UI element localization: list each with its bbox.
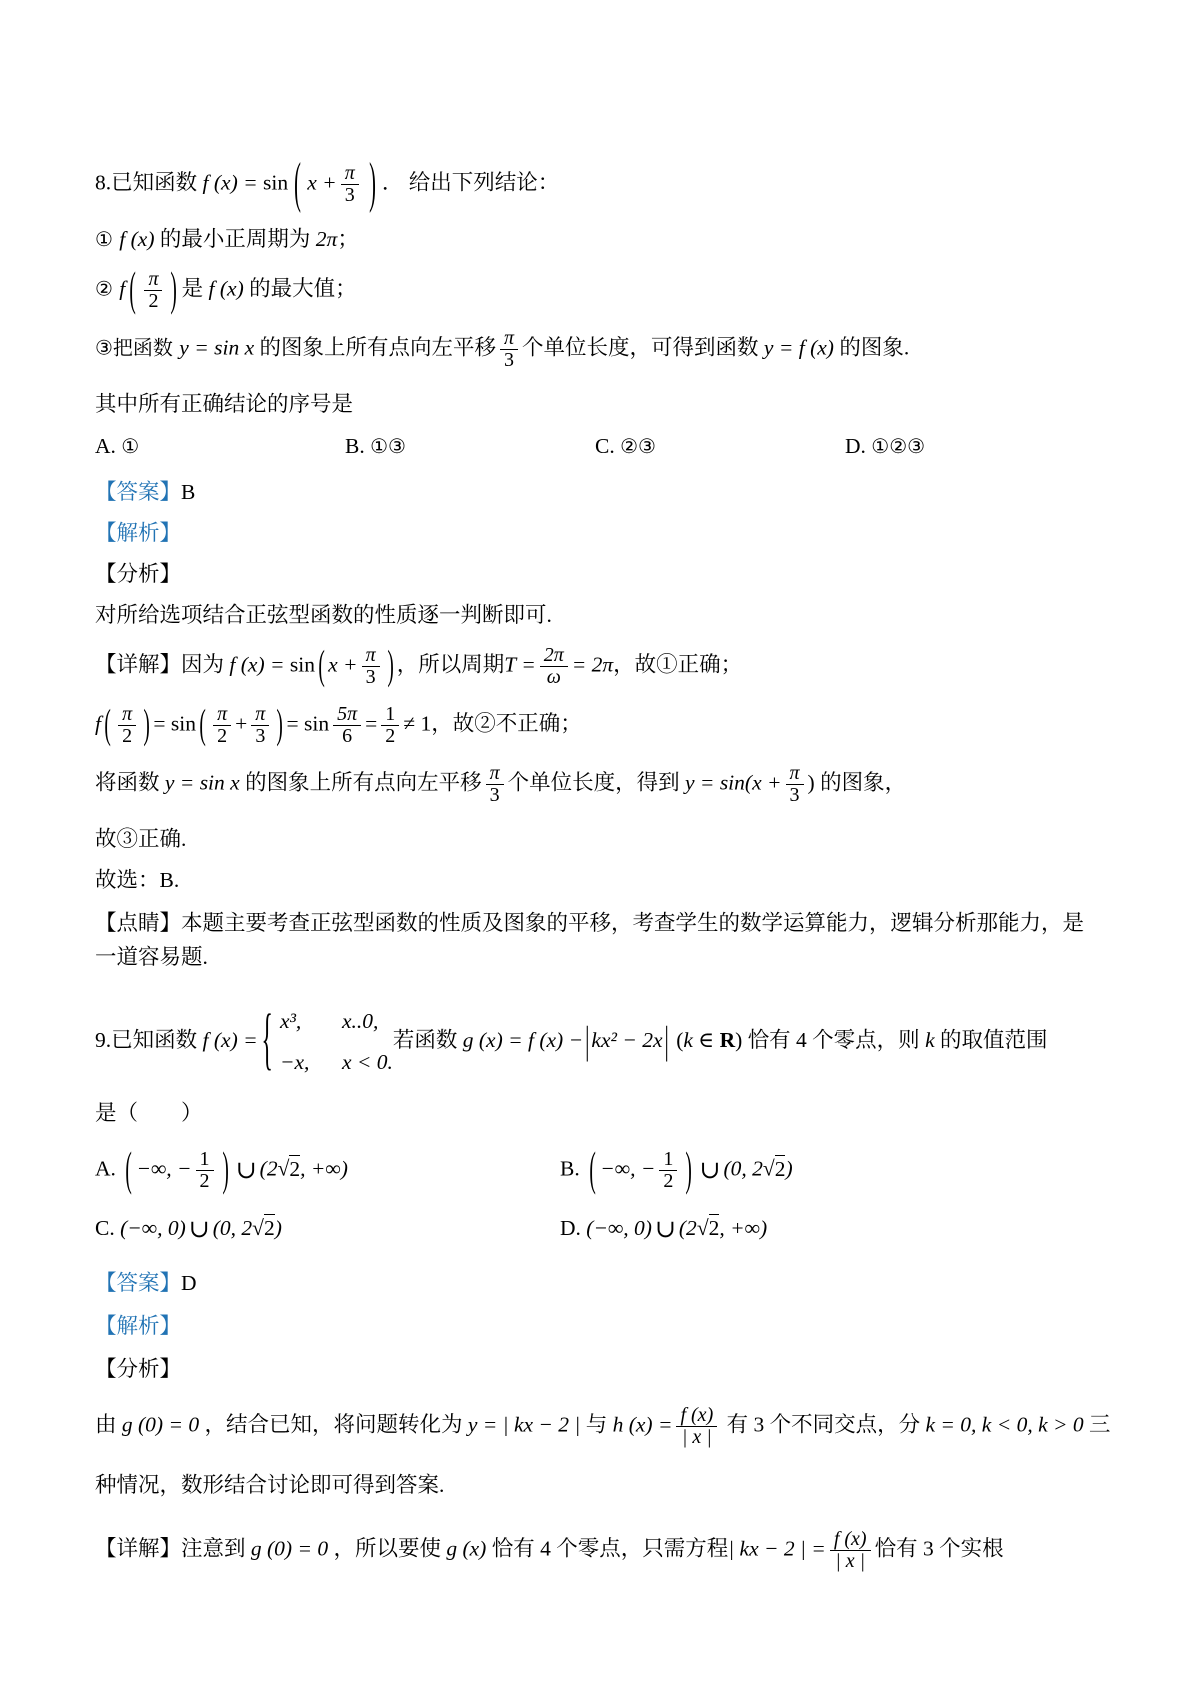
option-label: C. <box>595 434 620 458</box>
close-paren: ) <box>387 646 393 687</box>
dianjing-label: 【点睛】 <box>95 911 181 935</box>
text: 有 3 个不同交点，分 <box>721 1413 925 1437</box>
q9-option-b: B. (−∞, −12)∪(0, 2√2) <box>560 1149 1105 1192</box>
q8-fenxi-label: 【分析】 <box>95 557 1105 588</box>
q8-question-text: 其中所有正确结论的序号是 <box>95 387 1105 418</box>
equals: = <box>365 711 377 735</box>
text: 个单位长度，得到 <box>508 770 685 794</box>
option-value: ②③ <box>620 434 656 458</box>
open-paren: ( <box>130 267 136 314</box>
close-paren: ) <box>686 1147 692 1194</box>
text: 的最小正周期为 <box>155 227 316 251</box>
answer-value: D <box>181 1271 197 1295</box>
document-page: 8.已知函数 f (x) = sin(x +π3)． 给出下列结论： ① f (… <box>0 0 1200 1572</box>
text: ，所以要使 <box>328 1537 446 1561</box>
neq-1: ≠ 1 <box>403 711 431 735</box>
piecewise-brace: { <box>261 1007 272 1076</box>
close-paren: ) <box>369 157 376 213</box>
text: ，故①正确； <box>613 652 742 676</box>
interval-right-open: (2 <box>679 1216 697 1240</box>
circled-3: ③把函数 <box>95 335 179 359</box>
union-icon: ∪ <box>700 1157 721 1184</box>
dianjing-text: 本题主要考查正弦型函数的性质及图象的平移，考查学生的数学运算能力，逻辑分析那能力… <box>95 911 1084 969</box>
q9-answer-line: 【答案】D <box>95 1266 1105 1297</box>
fx: f (x) <box>209 276 244 300</box>
text: 三 <box>1084 1413 1111 1437</box>
sqrt-arg: 2 <box>289 1155 300 1181</box>
radical-icon: √ <box>252 1216 264 1240</box>
text: ； <box>337 227 359 251</box>
interval-left: (−∞, 0) <box>586 1216 652 1240</box>
q8-conclusion-1: ① f (x) 的最小正周期为 2π； <box>95 222 1105 253</box>
reals-R: R <box>720 1028 736 1052</box>
sin: sin <box>290 652 315 676</box>
f: f <box>95 711 101 735</box>
option-label: C. <box>95 1216 120 1240</box>
q8-dianjing: 【点睛】本题主要考查正弦型函数的性质及图象的平移，考查学生的数学运算能力，逻辑分… <box>95 906 1105 975</box>
open-paren: ( <box>294 157 301 213</box>
hx-eq: h (x) = <box>613 1413 673 1437</box>
y-sinx: y = sin x <box>179 335 254 359</box>
q9-stem-cont: 是（ ） <box>95 1096 1105 1127</box>
detail-label: 【详解】因为 <box>95 652 229 676</box>
detail-label: 【详解】注意到 <box>95 1537 251 1561</box>
interval-left: −∞, − <box>136 1157 191 1181</box>
q8-detail-line-2: f(π2)= sin(π2+π3)= sin5π6=12≠ 1，故②不正确； <box>95 704 1105 747</box>
two-pi: 2π <box>316 227 338 251</box>
text: 的图象， <box>815 770 906 794</box>
text: 的图象上所有点向左平移 <box>254 335 496 359</box>
q8-fenxi-text: 对所给选项结合正弦型函数的性质逐一判断即可. <box>95 598 1105 629</box>
interval-right-close: , +∞) <box>300 1157 348 1181</box>
text: 个单位长度，可得到函数 <box>522 335 764 359</box>
text: ，故②不正确； <box>431 711 582 735</box>
q8-jiexi-label: 【解析】 <box>95 516 1105 547</box>
k-in: k ∈ <box>683 1028 719 1052</box>
close-paren: ) <box>171 267 177 314</box>
answer-value: B <box>181 480 195 504</box>
fraction-pi-3: π3 <box>486 763 504 806</box>
radical-icon: √ <box>697 1216 709 1240</box>
gx-eq: g (x) = f (x) − <box>463 1028 583 1052</box>
radical-icon: √ <box>278 1157 290 1181</box>
q8-choose-line: 故选：B. <box>95 863 1105 894</box>
interval-right-open: (0, 2 <box>213 1216 252 1240</box>
union-icon: ∪ <box>655 1216 676 1243</box>
y-sinx: y = sin x <box>165 770 240 794</box>
fraction-2pi-omega: 2πω <box>540 645 568 688</box>
fraction-5pi-6: 5π6 <box>333 704 361 747</box>
interval-right-open: (2 <box>260 1157 278 1181</box>
fraction-fx-absx: f (x)| x | <box>676 1405 717 1448</box>
option-value: ①③ <box>370 434 406 458</box>
kx2-minus-2x: kx² − 2x <box>591 1028 662 1052</box>
text: ，所以周期 <box>397 652 505 676</box>
union-icon: ∪ <box>236 1157 257 1184</box>
plus: + <box>235 711 247 735</box>
q8-option-a: A. ① <box>95 434 345 459</box>
y-abs-kx-2: y = | kx − 2 | <box>468 1413 580 1437</box>
text: 是 <box>182 276 209 300</box>
text: 恰有 4 个零点，则 <box>742 1028 925 1052</box>
text: 恰有 3 个实根 <box>875 1537 1004 1561</box>
text: 的取值范围 <box>935 1028 1048 1052</box>
close-paren: ) <box>277 705 283 746</box>
q9-fenxi-line-2: 种情况，数形结合讨论即可得到答案. <box>95 1468 1105 1499</box>
text: 的图象上所有点向左平移 <box>240 770 482 794</box>
text: 将函数 <box>95 770 165 794</box>
text: ( <box>671 1028 684 1052</box>
q8-stem: 8.已知函数 f (x) = sin(x +π3)． 给出下列结论： <box>95 163 1105 206</box>
fraction-1-2: 12 <box>659 1149 677 1192</box>
option-label: A. <box>95 434 121 458</box>
f: f <box>119 276 125 300</box>
q9-option-c: C. (−∞, 0)∪(0, 2√2) <box>95 1214 560 1244</box>
fraction-1-2: 12 <box>196 1149 214 1192</box>
abs-bar: | <box>665 1022 669 1061</box>
option-label: B. <box>345 434 370 458</box>
fx-eq: f (x) = <box>229 652 289 676</box>
union-icon: ∪ <box>189 1216 210 1243</box>
q9-number-text: 9.已知函数 <box>95 1028 203 1052</box>
option-value: ①②③ <box>871 434 925 458</box>
text: 的图象. <box>834 335 909 359</box>
piecewise-body: x³,x..0,−x,x < 0. <box>280 1001 393 1083</box>
answer-label: 【答案】 <box>95 480 181 504</box>
q8-stem-post: ． 给出下列结论： <box>382 170 559 194</box>
q8-sin: sin <box>263 170 288 194</box>
close-paren: ) <box>808 770 815 794</box>
q8-conclusion-2: ② f(π2)是 f (x) 的最大值； <box>95 269 1105 312</box>
q9-options-row-ab: A. (−∞, −12)∪(2√2, +∞) B. (−∞, −12)∪(0, … <box>95 1149 1105 1192</box>
x-plus: x + <box>328 652 357 676</box>
fraction-pi-3: π3 <box>341 163 359 206</box>
open-paren: ( <box>199 705 205 746</box>
q8-x-plus: x + <box>307 170 336 194</box>
answer-label: 【答案】 <box>95 1271 181 1295</box>
option-label: D. <box>845 434 871 458</box>
gx: g (x) <box>446 1537 486 1561</box>
y-fx: y = f (x) <box>764 335 834 359</box>
g0-eq-0: g (0) = 0 <box>122 1413 199 1437</box>
fraction-1-2: 12 <box>381 704 399 747</box>
q9-jiexi-label: 【解析】 <box>95 1309 1105 1340</box>
q8-options-row: A. ① B. ①③ C. ②③ D. ①②③ <box>95 434 1105 459</box>
option-label: B. <box>560 1157 585 1181</box>
text: 的最大值； <box>244 276 357 300</box>
option-label: D. <box>560 1216 586 1240</box>
open-paren: ( <box>589 1147 595 1194</box>
interval-left: (−∞, 0) <box>120 1216 186 1240</box>
fraction-pi-3: π3 <box>362 645 380 688</box>
abs-kx-2-eq: | kx − 2 | = <box>728 1537 826 1561</box>
q8-option-c: C. ②③ <box>595 434 845 459</box>
fraction-pi-3: π3 <box>500 328 518 371</box>
fx-eq: f (x) = <box>203 1028 258 1052</box>
q8-number-text: 8.已知函数 <box>95 170 203 194</box>
q9-stem: 9.已知函数 f (x) ={x³,x..0,−x,x < 0.若函数 g (x… <box>95 1001 1105 1083</box>
close-paren: ) <box>144 705 150 746</box>
circled-1: ① <box>95 227 119 251</box>
interval-right-open: (0, 2 <box>723 1157 762 1181</box>
text: 与 <box>580 1413 612 1437</box>
open-paren: ( <box>104 705 110 746</box>
eq-sin: = sin <box>287 711 330 735</box>
fraction-pi-2: π2 <box>213 704 231 747</box>
open-paren: ( <box>318 646 324 687</box>
q9-option-a: A. (−∞, −12)∪(2√2, +∞) <box>95 1149 560 1192</box>
eq-2pi: = 2π <box>572 652 613 676</box>
q8-option-d: D. ①②③ <box>845 434 1105 459</box>
k-cases: k = 0, k < 0, k > 0 <box>926 1413 1084 1437</box>
interval-left: −∞, − <box>600 1157 655 1181</box>
sqrt-arg: 2 <box>775 1155 786 1181</box>
q8-detail-line-1: 【详解】因为 f (x) = sin(x +π3)，所以周期T =2πω= 2π… <box>95 645 1105 688</box>
option-value: ① <box>121 434 139 458</box>
fx: f (x) <box>119 227 154 251</box>
eq-sin: = sin <box>153 711 196 735</box>
fraction-fx-absx: f (x)| x | <box>830 1529 871 1572</box>
q9-option-d: D. (−∞, 0)∪(2√2, +∞) <box>560 1214 1105 1244</box>
option-label: A. <box>95 1157 121 1181</box>
abs-bar: | <box>585 1022 589 1061</box>
fraction-pi-2: π2 <box>144 269 162 312</box>
interval-right-close: ) <box>785 1157 792 1181</box>
sqrt-arg: 2 <box>264 1214 275 1240</box>
interval-right-close: ) <box>275 1216 282 1240</box>
text: 若函数 <box>393 1028 463 1052</box>
q8-conclusion-3: ③把函数 y = sin x 的图象上所有点向左平移π3个单位长度，可得到函数 … <box>95 328 1105 371</box>
piecewise-row-2: −x,x < 0. <box>280 1042 393 1083</box>
q9-fenxi-line-1: 由 g (0) = 0 ，结合已知，将问题转化为 y = | kx − 2 | … <box>95 1405 1105 1448</box>
interval-right-close: , +∞) <box>719 1216 767 1240</box>
q8-fx: f (x) = <box>203 170 263 194</box>
close-paren: ) <box>222 1147 228 1194</box>
circled-2: ② <box>95 276 119 300</box>
q8-option-b: B. ①③ <box>345 434 595 459</box>
q8-detail-line-4: 故③正确. <box>95 822 1105 853</box>
fraction-pi-2: π2 <box>118 704 136 747</box>
text: 由 <box>95 1413 122 1437</box>
k: k <box>925 1028 935 1052</box>
text: ，结合已知，将问题转化为 <box>199 1413 468 1437</box>
q9-fenxi-label: 【分析】 <box>95 1352 1105 1383</box>
sqrt-arg: 2 <box>709 1214 720 1240</box>
T-eq: T = <box>504 652 535 676</box>
q9-options-row-cd: C. (−∞, 0)∪(0, 2√2) D. (−∞, 0)∪(2√2, +∞) <box>95 1214 1105 1244</box>
g0-eq-0: g (0) = 0 <box>251 1537 328 1561</box>
open-paren: ( <box>126 1147 132 1194</box>
q9-detail-line: 【详解】注意到 g (0) = 0 ，所以要使 g (x) 恰有 4 个零点，只… <box>95 1529 1105 1572</box>
q8-detail-line-3: 将函数 y = sin x 的图象上所有点向左平移π3个单位长度，得到 y = … <box>95 763 1105 806</box>
fraction-pi-3: π3 <box>251 704 269 747</box>
y-sin-x-plus: y = sin(x + <box>685 770 781 794</box>
piecewise-row-1: x³,x..0, <box>280 1001 393 1042</box>
fraction-pi-3: π3 <box>786 763 804 806</box>
q8-answer-line: 【答案】B <box>95 475 1105 506</box>
text: 恰有 4 个零点，只需方程 <box>486 1537 728 1561</box>
radical-icon: √ <box>763 1157 775 1181</box>
